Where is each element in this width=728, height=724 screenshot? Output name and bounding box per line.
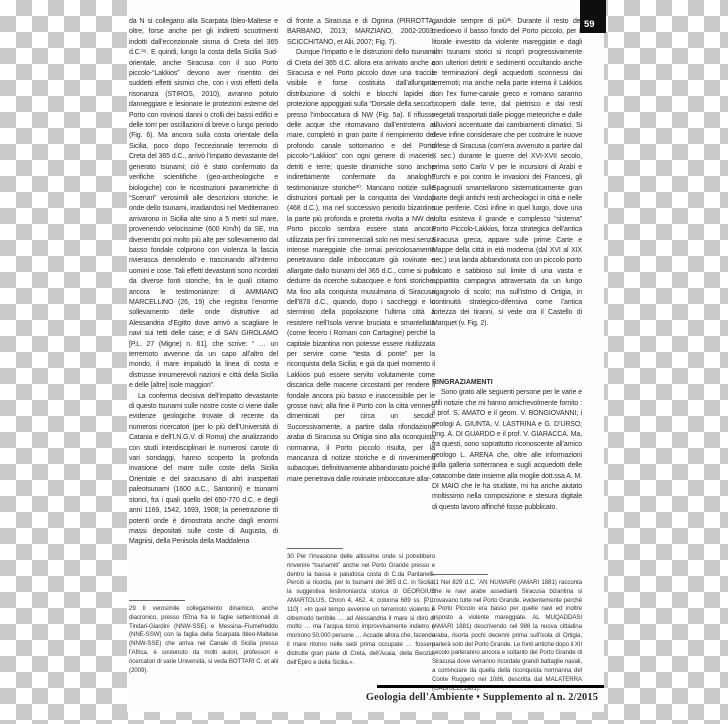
column-1-body-text: da N si collegano alla Scarpata Ibleo-Ma… bbox=[129, 17, 278, 600]
footnote-29-text: 29 Il verosimile collegamento dinamico, … bbox=[129, 605, 278, 675]
text-column-3: gandole sempre di più³¹. Durante il rest… bbox=[432, 17, 582, 513]
journal-footer-text: Geologia dell'Ambiente • Supplemento al … bbox=[360, 692, 604, 703]
document-page: da N si collegano alla Scarpata Ibleo-Ma… bbox=[127, 0, 604, 712]
paragraph: di fronte a Siracusa e di Ognina (PIRROT… bbox=[287, 17, 435, 48]
footer-rule bbox=[377, 685, 604, 688]
page-number: 59 bbox=[584, 19, 595, 30]
paragraph: La conferma decisiva dell’impatto devast… bbox=[129, 392, 278, 548]
footnote-30-text: 30 Per l’invasione delle altissime onde … bbox=[287, 553, 435, 667]
screenshot-root: { "page": { "number": "59", "footer": "G… bbox=[0, 0, 728, 724]
acknowledgements-heading: RINGRAZIAMENTI bbox=[432, 378, 582, 388]
footnote-rule bbox=[432, 574, 488, 575]
text-column-1: da N si collegano alla Scarpata Ibleo-Ma… bbox=[129, 17, 278, 600]
column-2-body-text: di fronte a Siracusa e di Ognina (PIRROT… bbox=[287, 17, 435, 545]
column-3-body-text: gandole sempre di più³¹. Durante il rest… bbox=[432, 17, 582, 369]
paragraph: Dunque l’impatto e le distruzioni dello … bbox=[287, 48, 435, 485]
paragraph: da N si collegano alla Scarpata Ibleo-Ma… bbox=[129, 17, 278, 392]
page-number-badge: 59 bbox=[580, 0, 606, 33]
page-footer: Geologia dell'Ambiente • Supplemento al … bbox=[360, 685, 604, 703]
footnote-rule bbox=[129, 600, 185, 601]
footnote-31-block: 31 Nel 829 d.C. ’AN NUWAIRI (AMARI 1881)… bbox=[432, 574, 582, 693]
acknowledgements-text: Sono grato alle seguenti persone per le … bbox=[432, 388, 582, 513]
footnote-29-block: 29 Il verosimile collegamento dinamico, … bbox=[129, 600, 278, 675]
footnote-30-block: 30 Per l’invasione delle altissime onde … bbox=[287, 548, 435, 667]
footnote-rule bbox=[287, 548, 343, 549]
footnote-31-text: 31 Nel 829 d.C. ’AN NUWAIRI (AMARI 1881)… bbox=[432, 579, 582, 693]
text-column-2: di fronte a Siracusa e di Ognina (PIRROT… bbox=[287, 17, 435, 545]
paragraph: gandole sempre di più³¹. Durante il rest… bbox=[432, 17, 582, 329]
